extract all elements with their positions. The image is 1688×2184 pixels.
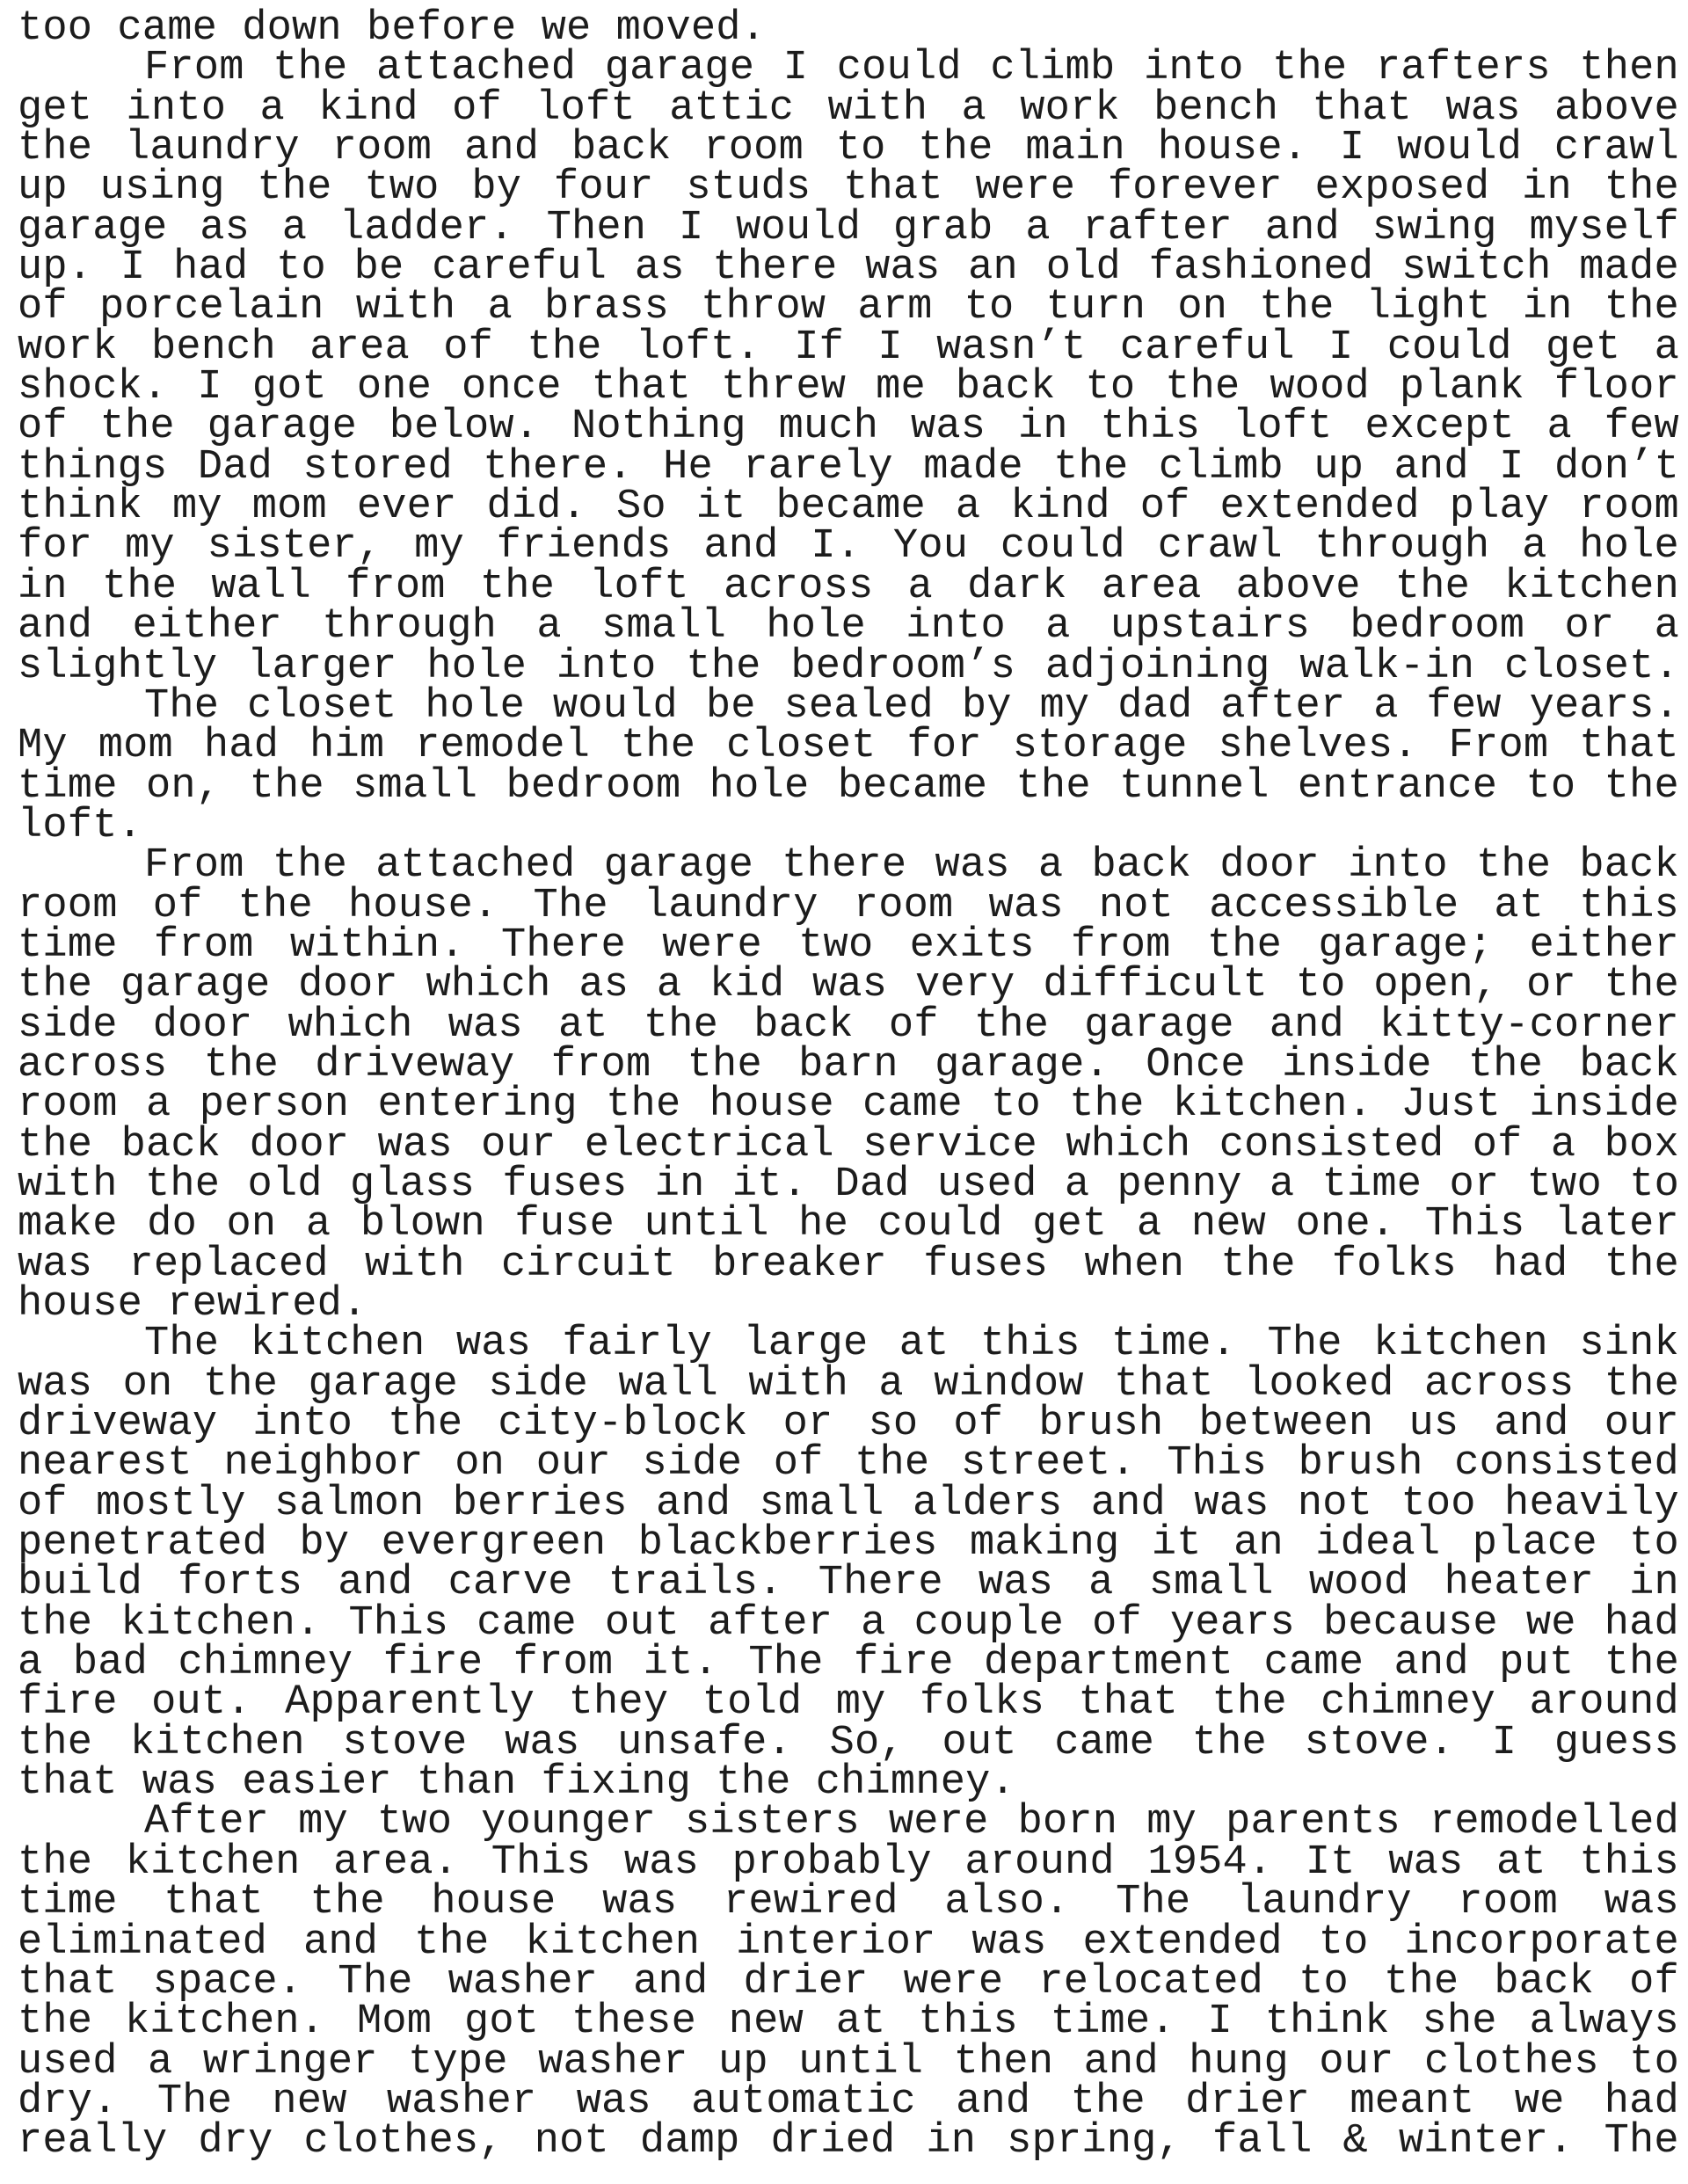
word: I [1340, 128, 1364, 168]
word: the [1604, 965, 1679, 1005]
word: accessible [1209, 886, 1459, 926]
word: was [1604, 1882, 1679, 1922]
word: and [703, 527, 778, 566]
word: get [1546, 328, 1620, 368]
word: extended [1220, 487, 1420, 527]
word: careful [432, 248, 607, 288]
word: into [1144, 48, 1244, 88]
word: time. [1051, 2002, 1175, 2042]
word: a [1547, 407, 1572, 447]
word: place [1473, 1524, 1597, 1563]
word: a [956, 487, 980, 527]
word: floor [1554, 368, 1679, 407]
text-line: thingsDadstoredthere.Herarelymadetheclim… [18, 448, 1679, 487]
word: either [1530, 926, 1679, 965]
word: and [464, 128, 539, 168]
word: the [204, 1045, 279, 1085]
word: very [915, 965, 1015, 1005]
text-line: abadchimneyfirefromit.Thefiredepartmentc… [18, 1643, 1679, 1683]
word: to [1085, 368, 1135, 407]
word: a [1088, 1563, 1113, 1603]
word: a [1551, 1125, 1575, 1165]
word: she [1422, 2002, 1496, 2042]
word: had [1493, 1245, 1568, 1285]
word: the [1207, 926, 1282, 965]
word: into [906, 607, 1006, 646]
word: born [1018, 1802, 1118, 1842]
word: above [1554, 89, 1679, 128]
text-line: loft. [18, 806, 1679, 846]
word: a [657, 965, 681, 1005]
word: neighbor [223, 1444, 423, 1483]
word: and [1091, 1484, 1166, 1524]
word: and [633, 1962, 708, 2002]
word: with [18, 1165, 118, 1205]
word: side [643, 1444, 743, 1483]
word: in [655, 1165, 705, 1205]
word: washer [538, 2042, 688, 2082]
word: swing [1372, 208, 1497, 248]
word: made [1579, 248, 1679, 288]
word: door [1219, 846, 1320, 885]
word: folks [1332, 1245, 1457, 1285]
word: The [748, 1643, 823, 1683]
word: loft [589, 567, 689, 607]
word: a [282, 208, 307, 248]
word: extended [1083, 1923, 1283, 1962]
word: hole [426, 647, 527, 687]
word: heavily [1504, 1484, 1679, 1524]
word: the [621, 726, 695, 766]
word: hung [1189, 2042, 1289, 2082]
word: garage [605, 48, 754, 88]
word: threw [721, 368, 846, 407]
word: clothes [1424, 2042, 1599, 2082]
word: breaker [712, 1245, 887, 1285]
word: looked [1244, 1365, 1393, 1404]
word: the [1384, 1962, 1459, 2002]
word: to [1629, 1165, 1679, 1205]
word: it [696, 487, 746, 527]
word: my [1040, 687, 1090, 726]
word: came [862, 1085, 963, 1125]
word: from [513, 1643, 614, 1683]
word: sister, [207, 527, 382, 566]
word: the [644, 1006, 718, 1045]
word: forever [1108, 168, 1283, 207]
word: of [452, 89, 502, 128]
word: stored [302, 448, 452, 487]
text-line: ofporcelainwithabrassthrowarmtoturnonthe… [18, 288, 1679, 327]
word: chimney. [816, 1763, 1015, 1802]
word: within. [290, 926, 465, 965]
word: with [828, 89, 928, 128]
word: when [1085, 1245, 1185, 1285]
word: glass [350, 1165, 475, 1205]
word: After [144, 1802, 269, 1842]
word: got [464, 2002, 539, 2042]
word: the [388, 1404, 462, 1444]
word: house [18, 1285, 142, 1324]
word: had [1604, 1604, 1679, 1643]
word: a [861, 1604, 885, 1643]
word: slightly [18, 647, 217, 687]
word: into [127, 89, 227, 128]
word: and [1494, 1404, 1568, 1444]
word: the [273, 846, 347, 885]
word: were [662, 926, 762, 965]
word: out [605, 1604, 680, 1643]
word: one [357, 368, 432, 407]
word: he [798, 1205, 848, 1244]
word: brush [1038, 1404, 1163, 1444]
word: between [1198, 1404, 1373, 1444]
word: interior [736, 1923, 935, 1962]
word: garage [207, 407, 357, 447]
word: loft [535, 89, 636, 128]
word: and [956, 2082, 1030, 2122]
word: making [970, 1524, 1119, 1563]
word: on, [146, 767, 221, 806]
word: city-block [498, 1404, 747, 1444]
word: remodel [415, 726, 590, 766]
word: If [794, 328, 844, 368]
word: of [1629, 1962, 1679, 2002]
word: using [100, 168, 225, 207]
word: I [679, 208, 703, 248]
word: washer [448, 1962, 598, 2002]
word: window [934, 1365, 1083, 1404]
word: was [142, 1763, 217, 1802]
word: shock. [18, 368, 167, 407]
word: small [353, 767, 477, 806]
word: and [1084, 2042, 1159, 2082]
word: the [1604, 767, 1679, 806]
word: to [991, 1085, 1041, 1125]
word: the [414, 1923, 489, 1962]
word: kitchen [1504, 567, 1679, 607]
word: carve [448, 1563, 573, 1603]
word: the [1259, 288, 1334, 327]
word: the [1069, 1085, 1144, 1125]
word: hole [709, 767, 810, 806]
word: of [1092, 1604, 1142, 1643]
word: area [1102, 567, 1202, 607]
word: kitchen [126, 1843, 301, 1882]
word: exposed [1315, 168, 1490, 207]
word: bench [1153, 89, 1278, 128]
word: automatic [691, 2082, 916, 2122]
word: door [250, 1125, 350, 1165]
word: the [18, 1723, 92, 1763]
word: was [812, 965, 887, 1005]
word: few [1426, 687, 1501, 726]
word: was [1445, 89, 1520, 128]
word: house [431, 1882, 556, 1922]
word: did. [486, 487, 586, 527]
word: My [18, 726, 68, 766]
text-line: drivewayintothecity-blockorsoofbrushbetw… [18, 1404, 1679, 1444]
word: washer [387, 2082, 536, 2122]
word: not [535, 2122, 609, 2161]
word: meant [1350, 2082, 1474, 2122]
word: that [1114, 1365, 1214, 1404]
word: consisted [1219, 1125, 1444, 1165]
word: eliminated [18, 1923, 267, 1962]
word: made [923, 448, 1023, 487]
word: relocated [1038, 1962, 1263, 2002]
word: new [1191, 1205, 1266, 1244]
word: this [1579, 1843, 1679, 1882]
word: a [1655, 328, 1679, 368]
word: in [1629, 1563, 1679, 1603]
word: there [712, 248, 837, 288]
word: or [783, 1404, 833, 1444]
word: driveway [18, 1404, 217, 1444]
word: was [1194, 1484, 1269, 1524]
word: porcelain [99, 288, 324, 327]
word: the [18, 2002, 92, 2042]
word: ladder. [339, 208, 514, 248]
word: nearest [18, 1444, 193, 1483]
word: brush [1299, 1444, 1423, 1483]
word: my [125, 527, 175, 566]
word: across [18, 1045, 167, 1085]
word: You [893, 527, 968, 566]
word: rafters [1376, 48, 1551, 88]
word: that [164, 1882, 264, 1922]
word: a [1655, 607, 1679, 646]
word: hole [1579, 527, 1679, 566]
word: kitchen. [1173, 1085, 1372, 1125]
word: incorporate [1404, 1923, 1678, 1962]
word: a [536, 607, 561, 646]
word: to [964, 288, 1015, 327]
word: kitty-corner [1379, 1006, 1679, 1045]
text-line: slightlylargerholeintothebedroom’sadjoin… [18, 647, 1679, 687]
word: wasn’t [936, 328, 1086, 368]
word: work [1020, 89, 1120, 128]
text-line: fireout.Apparentlytheytoldmyfolksthatthe… [18, 1683, 1679, 1722]
word: too [1401, 1484, 1475, 1524]
word: used [18, 2042, 118, 2082]
word: area. [333, 1843, 458, 1882]
word: This [1425, 1205, 1525, 1244]
word: bedroom [1350, 607, 1524, 646]
word: side [488, 1365, 588, 1404]
text-line: Fromtheattachedgaragetherewasabackdoorin… [18, 846, 1679, 885]
word: turn [1046, 288, 1146, 327]
text-line: thekitchenarea.Thiswasprobablyaround1954… [18, 1843, 1679, 1882]
word: was [911, 407, 986, 447]
word: of [953, 1404, 1003, 1444]
word: and [18, 607, 92, 646]
word: into [252, 1404, 353, 1444]
text-line: roomapersonenteringthehousecametothekitc… [18, 1085, 1679, 1125]
word: play [1450, 487, 1550, 527]
text-line: wasreplacedwithcircuitbreakerfuseswhenth… [18, 1245, 1679, 1285]
word: my [1146, 1802, 1197, 1842]
word: person [200, 1085, 349, 1125]
word: the [18, 1125, 92, 1165]
word: and [303, 1923, 378, 1962]
word: couple [914, 1604, 1064, 1643]
word: or [1450, 1165, 1500, 1205]
word: up. [18, 248, 92, 288]
word: until [644, 1205, 769, 1244]
word: was [1388, 1843, 1463, 1882]
word: the [1604, 168, 1679, 207]
word: The [157, 2082, 232, 2122]
word: work [18, 328, 118, 368]
word: difficult [1043, 965, 1268, 1005]
word: from [1071, 926, 1171, 965]
word: for [907, 726, 982, 766]
word: really [18, 2122, 167, 2161]
word: were [889, 1802, 989, 1842]
word: was [979, 1563, 1053, 1603]
word: the [18, 1843, 92, 1882]
text-line: getintoakindofloftatticwithaworkbenchtha… [18, 89, 1679, 128]
word: fashioned [1149, 248, 1374, 288]
text-line: dry.Thenewwasherwasautomaticandthedrierm… [18, 2082, 1679, 2122]
word: by [299, 1524, 349, 1563]
text-line: ofthegaragebelow.Nothingmuchwasinthislof… [18, 407, 1679, 447]
word: tunnel [1119, 767, 1269, 806]
word: the [100, 407, 175, 447]
word: to [1296, 965, 1346, 1005]
word: guess [1554, 1723, 1679, 1763]
word: the [1220, 1245, 1295, 1285]
word: by [471, 168, 521, 207]
word: I [877, 328, 902, 368]
word: as [578, 965, 629, 1005]
word: would [553, 687, 678, 726]
word: adjoining [1045, 647, 1270, 687]
word: ever [357, 487, 457, 527]
text-line: thegaragedoorwhichasakidwasverydifficult… [18, 965, 1679, 1005]
word: garage; [1318, 926, 1493, 965]
word: that [1579, 726, 1679, 766]
word: my [836, 1683, 886, 1722]
word: which [287, 1006, 412, 1045]
word: open, [1373, 965, 1498, 1005]
word: two [364, 168, 439, 207]
word: then [1579, 48, 1679, 88]
word: was [448, 1006, 523, 1045]
word: things [18, 448, 167, 487]
word: on [227, 1205, 277, 1244]
word: the [238, 886, 313, 926]
word: that [843, 168, 943, 207]
word: kitchen [251, 1324, 426, 1364]
word: a [961, 89, 986, 128]
word: not [1298, 1484, 1372, 1524]
text-line: penetratedbyevergreenblackberriesmakingi… [18, 1524, 1679, 1563]
word: storage [1013, 726, 1188, 766]
word: area [309, 328, 410, 368]
word: larger [247, 647, 397, 687]
word: bedroom’s [790, 647, 1015, 687]
word: that [18, 1962, 118, 2002]
word: Just [1401, 1085, 1501, 1125]
word: time [1322, 1165, 1422, 1205]
word: so [869, 1404, 919, 1444]
word: years. [1530, 687, 1679, 726]
word: to [1629, 2042, 1679, 2082]
word: time [18, 767, 118, 806]
word: myself [1529, 208, 1678, 248]
word: side [18, 1006, 118, 1045]
text-line: Theclosetholewouldbesealedbymydadafteraf… [18, 687, 1679, 726]
text-line: shock.Igotoneoncethatthrewmebacktothewoo… [18, 368, 1679, 407]
word: this [980, 1324, 1080, 1364]
word: an [1233, 1524, 1284, 1563]
word: I [1499, 448, 1524, 487]
word: of [774, 1444, 824, 1483]
word: box [1604, 1125, 1679, 1165]
word: either [133, 607, 282, 646]
word: small [760, 1484, 884, 1524]
word: shelves. [1218, 726, 1417, 766]
word: penetrated [18, 1524, 267, 1563]
word: years [1170, 1604, 1295, 1643]
word: Apparently [285, 1683, 535, 1722]
word: two [1527, 1165, 1602, 1205]
word: I [120, 248, 145, 288]
word: the [250, 767, 324, 806]
word: before [367, 9, 516, 48]
word: back [1579, 1045, 1679, 1085]
text-line: upusingthetwobyfourstudsthatwereforevere… [18, 168, 1679, 207]
word: at [1496, 1843, 1546, 1882]
word: fixing [542, 1763, 691, 1802]
word: the [203, 1365, 278, 1404]
text-line: thinkmymomeverdid.Soitbecameakindofexten… [18, 487, 1679, 527]
text-line: ofmostlysalmonberriesandsmallaldersandwa… [18, 1484, 1679, 1524]
word: these [571, 2002, 696, 2042]
word: time [18, 1882, 118, 1922]
word: berries [453, 1484, 628, 1524]
text-line: FromtheattachedgarageIcouldclimbintother… [18, 48, 1679, 88]
word: Mom [357, 2002, 432, 2042]
word: the [1071, 2082, 1146, 2122]
word: house [709, 1085, 834, 1125]
word: This [491, 1843, 592, 1882]
word: had [204, 726, 279, 766]
word: crawl [1158, 527, 1283, 566]
word: I. [811, 527, 861, 566]
word: rewired [724, 1882, 899, 1922]
word: garage [1084, 1006, 1233, 1045]
word: a [1137, 1205, 1161, 1244]
word: my [414, 527, 464, 566]
word: main [1025, 128, 1125, 168]
word: which [426, 965, 551, 1005]
word: spring, [1007, 2122, 1182, 2161]
word: inside [1282, 1045, 1431, 1085]
word: easier [242, 1763, 391, 1802]
word: our [536, 1444, 611, 1483]
word: garage [308, 1365, 457, 1404]
word: I [1328, 328, 1353, 368]
word: of [443, 328, 493, 368]
word: The [1604, 2122, 1679, 2161]
word: rarely [743, 448, 892, 487]
word: to [276, 248, 326, 288]
word: wall [211, 567, 311, 607]
word: the [1604, 1245, 1679, 1285]
